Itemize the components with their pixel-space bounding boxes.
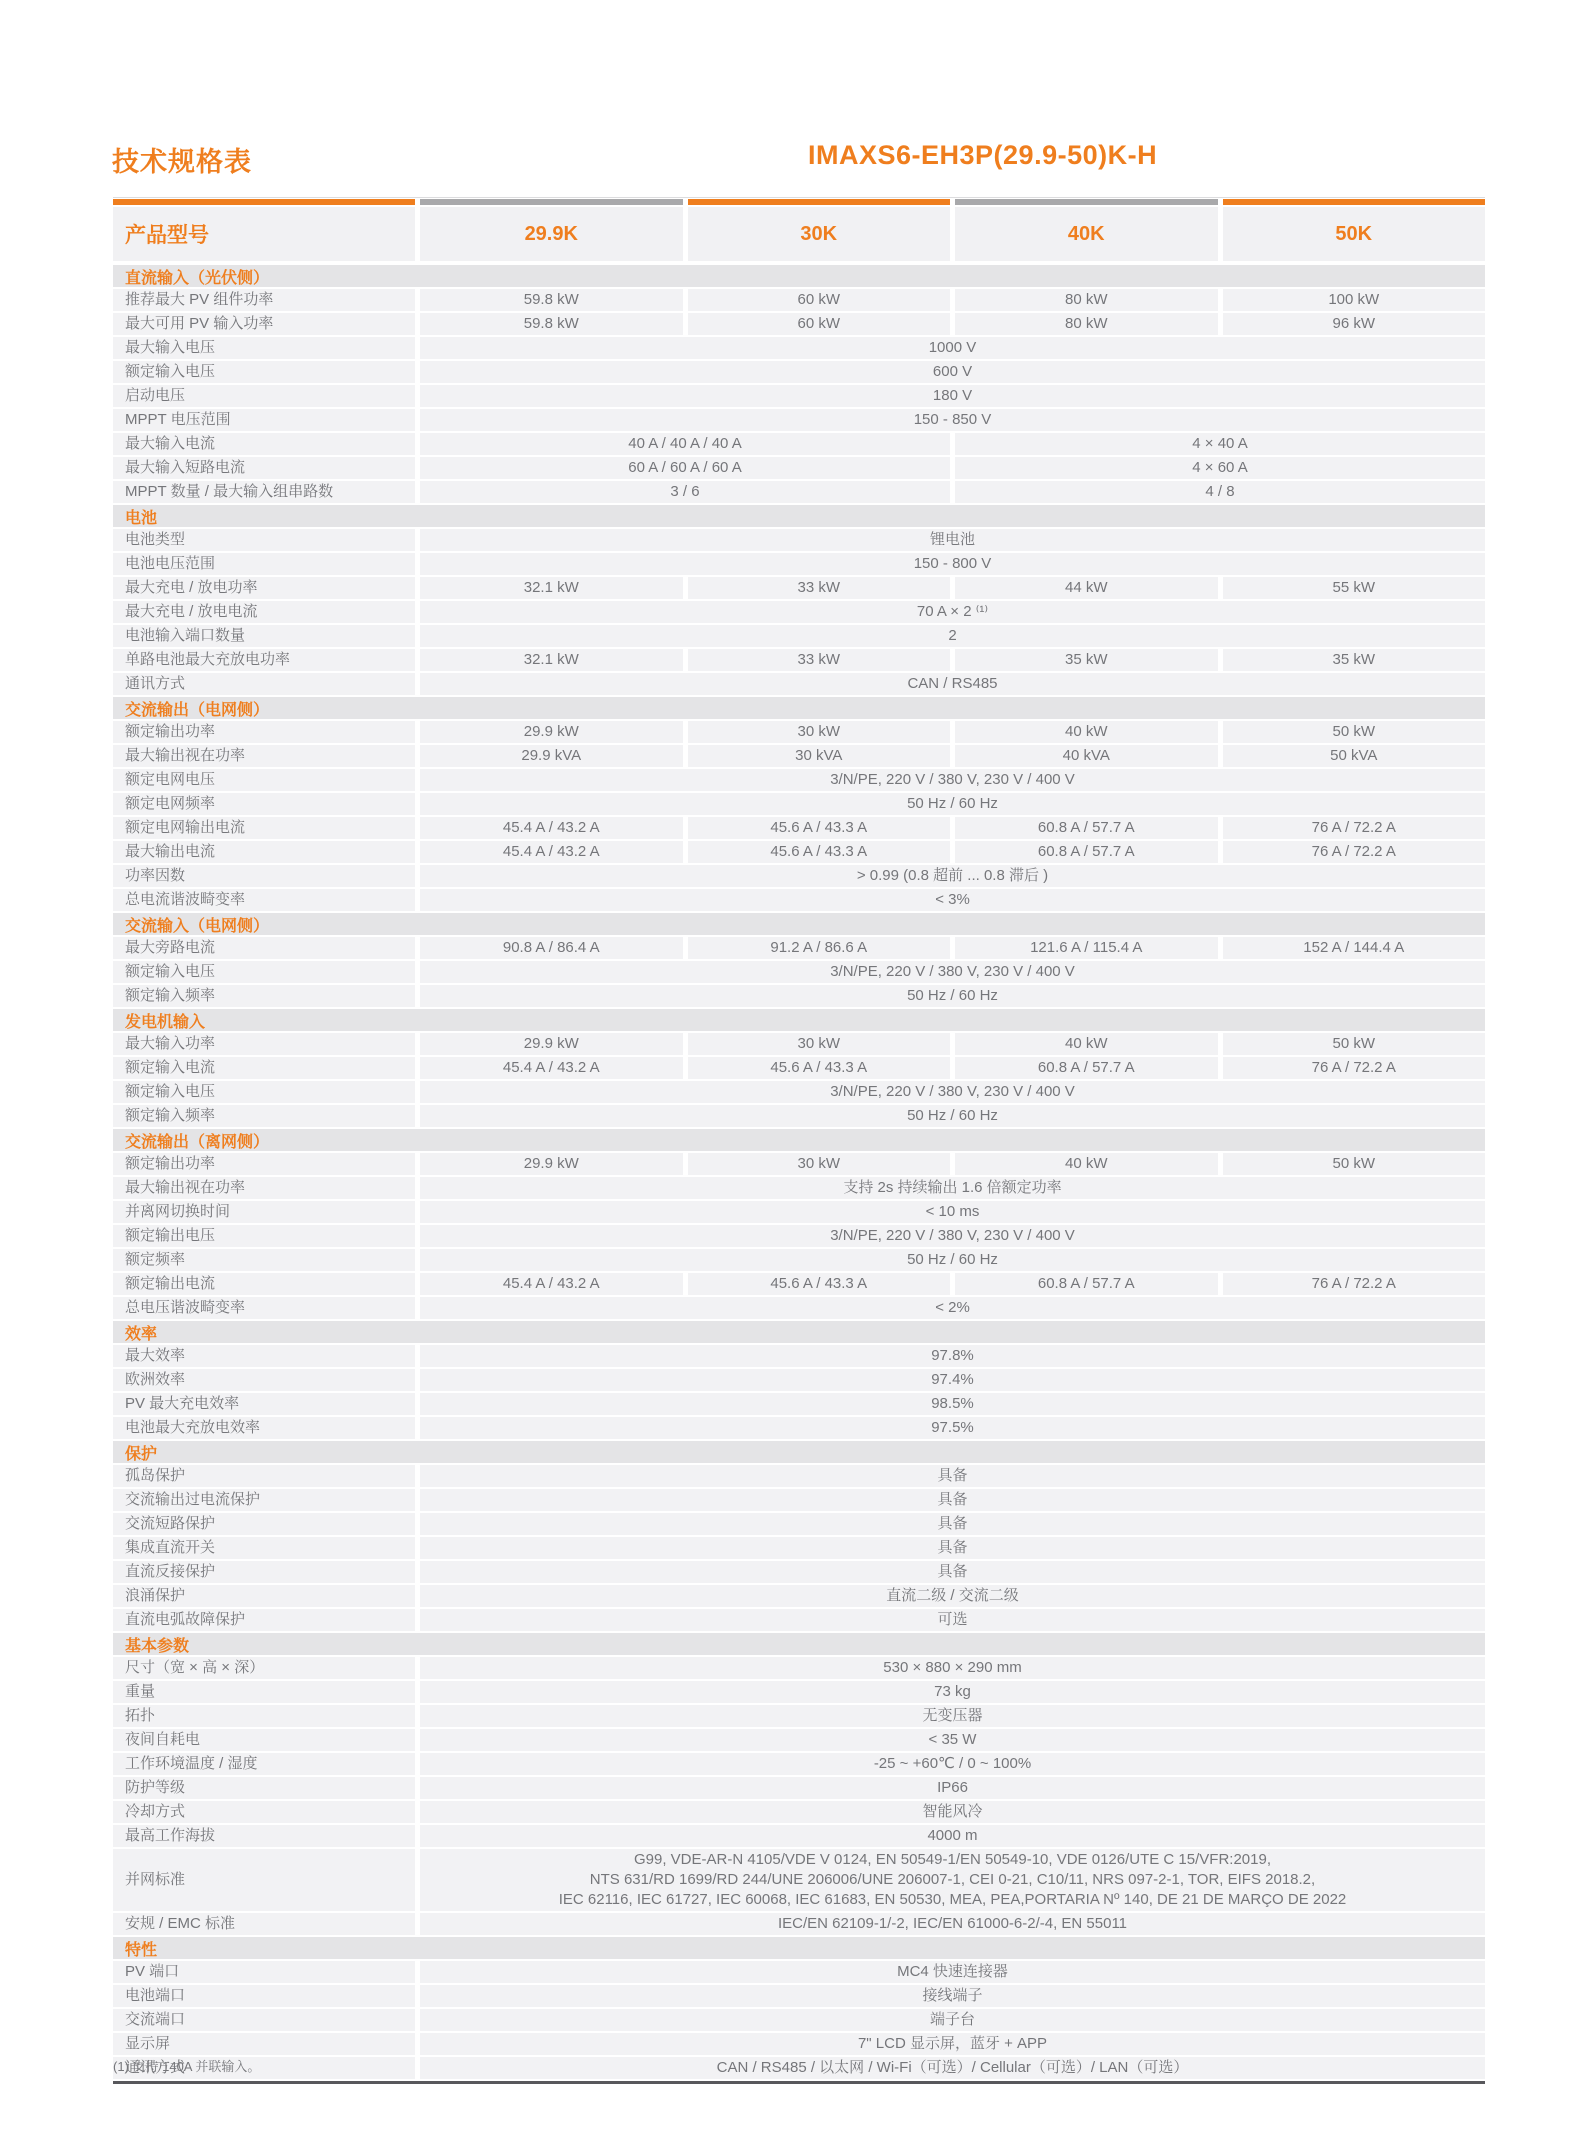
model-column-header: 40K [955,207,1218,261]
top-hairline [113,197,1485,198]
section-header: 交流输入（电网侧） [113,913,1485,935]
spec-value: 98.5% [420,1393,1485,1415]
spec-label: 交流输出过电流保护 [113,1489,415,1511]
spec-label: 最大输出电流 [113,841,415,863]
spec-value: 具备 [420,1561,1485,1583]
spec-value: -25 ~ +60℃ / 0 ~ 100% [420,1753,1485,1775]
spec-value: 50 Hz / 60 Hz [420,793,1485,815]
spec-row: 防护等级IP66 [113,1777,1485,1799]
spec-value: 50 Hz / 60 Hz [420,985,1485,1007]
spec-row: 电池端口接线端子 [113,1985,1485,2007]
spec-row: 额定输出功率29.9 kW30 kW40 kW50 kW [113,721,1485,743]
spec-value: > 0.99 (0.8 超前 ... 0.8 滞后 ) [420,865,1485,887]
spec-value: 3/N/PE, 220 V / 380 V, 230 V / 400 V [420,1225,1485,1247]
spec-row: 推荐最大 PV 组件功率59.8 kW60 kW80 kW100 kW [113,289,1485,311]
spec-value: 3/N/PE, 220 V / 380 V, 230 V / 400 V [420,769,1485,791]
accent-bar-segment [113,199,415,205]
product-model-title: IMAXS6-EH3P(29.9-50)K-H [808,140,1157,171]
spec-value: 600 V [420,361,1485,383]
spec-value: 2 [420,625,1485,647]
spec-row: 最大输入电流40 A / 40 A / 40 A4 × 40 A [113,433,1485,455]
spec-value: 97.4% [420,1369,1485,1391]
spec-value: 29.9 kW [420,1153,683,1175]
spec-value: 35 kW [1223,649,1486,671]
section-header: 特性 [113,1937,1485,1959]
spec-table: 产品型号 29.9K 30K 40K 50K 直流输入（光伏侧）推荐最大 PV … [113,197,1485,2084]
spec-row: 直流电弧故障保护可选 [113,1609,1485,1631]
spec-value: 59.8 kW [420,313,683,335]
spec-label: 通讯方式 [113,673,415,695]
spec-label: 交流端口 [113,2009,415,2031]
spec-label: 额定电网输出电流 [113,817,415,839]
spec-row: 最大效率97.8% [113,1345,1485,1367]
spec-label: 最大旁路电流 [113,937,415,959]
spec-row: 安规 / EMC 标准IEC/EN 62109-1/-2, IEC/EN 610… [113,1913,1485,1935]
spec-row: MPPT 电压范围150 - 850 V [113,409,1485,431]
spec-value: 45.4 A / 43.2 A [420,1273,683,1295]
spec-value: 29.9 kVA [420,745,683,767]
spec-value: 具备 [420,1513,1485,1535]
spec-label: 额定输入电压 [113,361,415,383]
spec-label: 推荐最大 PV 组件功率 [113,289,415,311]
spec-label: 电池输入端口数量 [113,625,415,647]
spec-value: 60.8 A / 57.7 A [955,1273,1218,1295]
spec-label: 重量 [113,1681,415,1703]
accent-bar-segment [420,199,683,205]
spec-row: 最大输入电压1000 V [113,337,1485,359]
spec-value: G99, VDE-AR-N 4105/VDE V 0124, EN 50549-… [420,1849,1485,1911]
spec-value: 33 kW [688,649,951,671]
spec-value: 4000 m [420,1825,1485,1847]
spec-label: 额定电网电压 [113,769,415,791]
spec-label: 电池最大充放电效率 [113,1417,415,1439]
accent-bar-segment [1223,199,1486,205]
spec-label: 欧洲效率 [113,1369,415,1391]
spec-value: 具备 [420,1465,1485,1487]
spec-value: 智能风冷 [420,1801,1485,1823]
spec-row: 最大旁路电流90.8 A / 86.4 A91.2 A / 86.6 A121.… [113,937,1485,959]
spec-value: 45.6 A / 43.3 A [688,1057,951,1079]
spec-label: 电池类型 [113,529,415,551]
spec-row: 通讯方式CAN / RS485 [113,673,1485,695]
spec-row: 额定电网频率50 Hz / 60 Hz [113,793,1485,815]
spec-value: 97.5% [420,1417,1485,1439]
spec-value: < 3% [420,889,1485,911]
spec-label: 额定输出电压 [113,1225,415,1247]
spec-label: PV 最大充电效率 [113,1393,415,1415]
spec-row: 额定输入电压3/N/PE, 220 V / 380 V, 230 V / 400… [113,1081,1485,1103]
spec-row: 尺寸（宽 × 高 × 深）530 × 880 × 290 mm [113,1657,1485,1679]
table-header-label: 产品型号 [113,207,415,261]
spec-value: < 10 ms [420,1201,1485,1223]
spec-row: 额定电网电压3/N/PE, 220 V / 380 V, 230 V / 400… [113,769,1485,791]
spec-row: 最高工作海拔4000 m [113,1825,1485,1847]
spec-row: 电池类型锂电池 [113,529,1485,551]
section-header: 电池 [113,505,1485,527]
spec-value: < 2% [420,1297,1485,1319]
spec-value: 4 × 40 A [955,433,1485,455]
spec-value: 45.4 A / 43.2 A [420,817,683,839]
spec-label: MPPT 数量 / 最大输入组串路数 [113,481,415,503]
model-column-header: 50K [1223,207,1486,261]
spec-row: 通讯方式CAN / RS485 / 以太网 / Wi-Fi（可选）/ Cellu… [113,2057,1485,2079]
spec-value: 76 A / 72.2 A [1223,1273,1486,1295]
spec-value: 30 kW [688,1033,951,1055]
spec-row: 功率因数> 0.99 (0.8 超前 ... 0.8 滞后 ) [113,865,1485,887]
spec-label: 单路电池最大充放电功率 [113,649,415,671]
spec-value: 60.8 A / 57.7 A [955,817,1218,839]
spec-value: 100 kW [1223,289,1486,311]
spec-row: 额定输出电压3/N/PE, 220 V / 380 V, 230 V / 400… [113,1225,1485,1247]
spec-row: 最大输入功率29.9 kW30 kW40 kW50 kW [113,1033,1485,1055]
spec-value: 30 kVA [688,745,951,767]
spec-row: 欧洲效率97.4% [113,1369,1485,1391]
spec-value: 50 kW [1223,721,1486,743]
spec-value: 30 kW [688,721,951,743]
section-header: 保护 [113,1441,1485,1463]
spec-value: 40 kVA [955,745,1218,767]
spec-value: 121.6 A / 115.4 A [955,937,1218,959]
spec-value: 152 A / 144.4 A [1223,937,1486,959]
spec-row: 最大充电 / 放电电流70 A × 2 ⁽¹⁾ [113,601,1485,623]
section-header: 交流输出（电网侧） [113,697,1485,719]
spec-row: 总电流谐波畸变率< 3% [113,889,1485,911]
spec-label: 最大效率 [113,1345,415,1367]
spec-row: PV 最大充电效率98.5% [113,1393,1485,1415]
spec-label: 电池电压范围 [113,553,415,575]
spec-value: 40 A / 40 A / 40 A [420,433,950,455]
spec-value: 可选 [420,1609,1485,1631]
spec-value: 90.8 A / 86.4 A [420,937,683,959]
spec-row: 额定输入电流45.4 A / 43.2 A45.6 A / 43.3 A60.8… [113,1057,1485,1079]
spec-label: 电池端口 [113,1985,415,2007]
section-header: 直流输入（光伏侧） [113,265,1485,287]
spec-label: 并网标准 [113,1849,415,1911]
spec-row: 最大输出视在功率支持 2s 持续输出 1.6 倍额定功率 [113,1177,1485,1199]
spec-value: 无变压器 [420,1705,1485,1727]
spec-row: 最大输出视在功率29.9 kVA30 kVA40 kVA50 kVA [113,745,1485,767]
spec-label: 最大充电 / 放电功率 [113,577,415,599]
spec-label: 直流反接保护 [113,1561,415,1583]
spec-value: 30 kW [688,1153,951,1175]
table-header-row: 产品型号 29.9K 30K 40K 50K [113,207,1485,261]
spec-value: 3/N/PE, 220 V / 380 V, 230 V / 400 V [420,1081,1485,1103]
spec-value: 60 kW [688,289,951,311]
spec-row: 额定输出电流45.4 A / 43.2 A45.6 A / 43.3 A60.8… [113,1273,1485,1295]
spec-label: 总电流谐波畸变率 [113,889,415,911]
spec-row: 额定频率50 Hz / 60 Hz [113,1249,1485,1271]
spec-value: 3/N/PE, 220 V / 380 V, 230 V / 400 V [420,961,1485,983]
spec-label: 最大输出视在功率 [113,1177,415,1199]
spec-label: 功率因数 [113,865,415,887]
spec-row: 直流反接保护具备 [113,1561,1485,1583]
spec-value: 76 A / 72.2 A [1223,841,1486,863]
table-body: 直流输入（光伏侧）推荐最大 PV 组件功率59.8 kW60 kW80 kW10… [113,265,1485,2079]
section-header: 交流输出（离网侧） [113,1129,1485,1151]
spec-row: 最大可用 PV 输入功率59.8 kW60 kW80 kW96 kW [113,313,1485,335]
spec-label: 孤岛保护 [113,1465,415,1487]
spec-row: 并网标准G99, VDE-AR-N 4105/VDE V 0124, EN 50… [113,1849,1485,1911]
spec-label: 最大输入功率 [113,1033,415,1055]
table-bottom-border [113,2081,1485,2084]
spec-value: 32.1 kW [420,577,683,599]
accent-bar-segment [688,199,951,205]
spec-label: 额定输出电流 [113,1273,415,1295]
spec-row: 交流短路保护具备 [113,1513,1485,1535]
spec-value: 530 × 880 × 290 mm [420,1657,1485,1679]
spec-label: PV 端口 [113,1961,415,1983]
spec-label: 启动电压 [113,385,415,407]
spec-row: 最大输出电流45.4 A / 43.2 A45.6 A / 43.3 A60.8… [113,841,1485,863]
spec-row: 交流输出过电流保护具备 [113,1489,1485,1511]
spec-value: 76 A / 72.2 A [1223,817,1486,839]
spec-row: 额定输入电压3/N/PE, 220 V / 380 V, 230 V / 400… [113,961,1485,983]
spec-label: 最大输出视在功率 [113,745,415,767]
spec-label: 额定频率 [113,1249,415,1271]
spec-label: 尺寸（宽 × 高 × 深） [113,1657,415,1679]
spec-value: 97.8% [420,1345,1485,1367]
spec-value: 73 kg [420,1681,1485,1703]
spec-value: 180 V [420,385,1485,407]
spec-row: 浪涌保护直流二级 / 交流二级 [113,1585,1485,1607]
spec-value: 50 kW [1223,1033,1486,1055]
spec-label: 工作环境温度 / 湿度 [113,1753,415,1775]
spec-label: 冷却方式 [113,1801,415,1823]
spec-value: 支持 2s 持续输出 1.6 倍额定功率 [420,1177,1485,1199]
spec-value: 44 kW [955,577,1218,599]
spec-row: PV 端口MC4 快速连接器 [113,1961,1485,1983]
spec-label: 最大输入电流 [113,433,415,455]
spec-value: 具备 [420,1537,1485,1559]
accent-bar-segment [955,199,1218,205]
spec-value: 76 A / 72.2 A [1223,1057,1486,1079]
spec-value: CAN / RS485 [420,673,1485,695]
spec-row: 夜间自耗电< 35 W [113,1729,1485,1751]
spec-row: 额定输入频率50 Hz / 60 Hz [113,1105,1485,1127]
page-title: 技术规格表 [112,140,252,179]
spec-label: 额定输入电压 [113,1081,415,1103]
spec-value: 60 A / 60 A / 60 A [420,457,950,479]
spec-row: 额定电网输出电流45.4 A / 43.2 A45.6 A / 43.3 A60… [113,817,1485,839]
spec-row: 额定输入电压600 V [113,361,1485,383]
spec-value: 59.8 kW [420,289,683,311]
spec-row: 额定输出功率29.9 kW30 kW40 kW50 kW [113,1153,1485,1175]
spec-row: 启动电压180 V [113,385,1485,407]
spec-value: 40 kW [955,1153,1218,1175]
spec-label: 额定输出功率 [113,1153,415,1175]
spec-label: 额定输出功率 [113,721,415,743]
spec-label: 最大输入电压 [113,337,415,359]
spec-value: 50 kVA [1223,745,1486,767]
spec-value: 150 - 850 V [420,409,1485,431]
spec-label: 夜间自耗电 [113,1729,415,1751]
spec-value: 45.4 A / 43.2 A [420,841,683,863]
spec-row: 孤岛保护具备 [113,1465,1485,1487]
spec-value: 96 kW [1223,313,1486,335]
spec-value: 45.4 A / 43.2 A [420,1057,683,1079]
spec-value: 端子台 [420,2009,1485,2031]
spec-value: 32.1 kW [420,649,683,671]
spec-value: 150 - 800 V [420,553,1485,575]
spec-value: 33 kW [688,577,951,599]
spec-label: 显示屏 [113,2033,415,2055]
spec-label: 最大充电 / 放电电流 [113,601,415,623]
spec-value: 45.6 A / 43.3 A [688,841,951,863]
spec-value: 3 / 6 [420,481,950,503]
spec-label: 交流短路保护 [113,1513,415,1535]
spec-value: 55 kW [1223,577,1486,599]
spec-label: 直流电弧故障保护 [113,1609,415,1631]
spec-value: 45.6 A / 43.3 A [688,817,951,839]
spec-row: 单路电池最大充放电功率32.1 kW33 kW35 kW35 kW [113,649,1485,671]
spec-value: 40 kW [955,721,1218,743]
spec-row: 并离网切换时间< 10 ms [113,1201,1485,1223]
spec-row: 电池最大充放电效率97.5% [113,1417,1485,1439]
spec-value: 80 kW [955,313,1218,335]
spec-value: MC4 快速连接器 [420,1961,1485,1983]
spec-value: < 35 W [420,1729,1485,1751]
model-column-header: 29.9K [420,207,683,261]
model-column-header: 30K [688,207,951,261]
spec-value: 7" LCD 显示屏，蓝牙 + APP [420,2033,1485,2055]
spec-row: 集成直流开关具备 [113,1537,1485,1559]
section-header: 发电机输入 [113,1009,1485,1031]
spec-value: 50 Hz / 60 Hz [420,1249,1485,1271]
spec-value: 50 kW [1223,1153,1486,1175]
spec-value: 接线端子 [420,1985,1485,2007]
spec-value: 40 kW [955,1033,1218,1055]
spec-row: 电池输入端口数量2 [113,625,1485,647]
spec-row: 电池电压范围150 - 800 V [113,553,1485,575]
spec-label: 最高工作海拔 [113,1825,415,1847]
spec-value: 91.2 A / 86.6 A [688,937,951,959]
spec-row: 重量73 kg [113,1681,1485,1703]
spec-value: 35 kW [955,649,1218,671]
spec-label: 额定输入电压 [113,961,415,983]
spec-value: 锂电池 [420,529,1485,551]
spec-label: 拓扑 [113,1705,415,1727]
spec-label: 额定输入频率 [113,985,415,1007]
spec-value: 60.8 A / 57.7 A [955,1057,1218,1079]
spec-label: 集成直流开关 [113,1537,415,1559]
spec-value: IP66 [420,1777,1485,1799]
spec-row: 冷却方式智能风冷 [113,1801,1485,1823]
spec-value: 1000 V [420,337,1485,359]
spec-value: 45.6 A / 43.3 A [688,1273,951,1295]
spec-label: 最大输入短路电流 [113,457,415,479]
spec-value: CAN / RS485 / 以太网 / Wi-Fi（可选）/ Cellular（… [420,2057,1485,2079]
footnote: (1) 支持 140A 并联输入。 [113,2056,260,2075]
spec-row: 工作环境温度 / 湿度-25 ~ +60℃ / 0 ~ 100% [113,1753,1485,1775]
spec-label: 防护等级 [113,1777,415,1799]
spec-value: 29.9 kW [420,721,683,743]
spec-row: 总电压谐波畸变率< 2% [113,1297,1485,1319]
spec-value: 50 Hz / 60 Hz [420,1105,1485,1127]
header-accent-bar [113,199,1485,205]
spec-row: 额定输入频率50 Hz / 60 Hz [113,985,1485,1007]
section-header: 效率 [113,1321,1485,1343]
spec-row: 显示屏7" LCD 显示屏，蓝牙 + APP [113,2033,1485,2055]
spec-label: 安规 / EMC 标准 [113,1913,415,1935]
spec-value: 直流二级 / 交流二级 [420,1585,1485,1607]
spec-value: 4 / 8 [955,481,1485,503]
spec-value: 80 kW [955,289,1218,311]
spec-row: 最大充电 / 放电功率32.1 kW33 kW44 kW55 kW [113,577,1485,599]
spec-label: MPPT 电压范围 [113,409,415,431]
spec-row: 交流端口端子台 [113,2009,1485,2031]
spec-value: 29.9 kW [420,1033,683,1055]
spec-value: 60 kW [688,313,951,335]
spec-label: 并离网切换时间 [113,1201,415,1223]
spec-row: 最大输入短路电流60 A / 60 A / 60 A4 × 60 A [113,457,1485,479]
spec-value: 70 A × 2 ⁽¹⁾ [420,601,1485,623]
spec-label: 额定输入频率 [113,1105,415,1127]
spec-label: 最大可用 PV 输入功率 [113,313,415,335]
spec-value: IEC/EN 62109-1/-2, IEC/EN 61000-6-2/-4, … [420,1913,1485,1935]
spec-value: 4 × 60 A [955,457,1485,479]
spec-value: 具备 [420,1489,1485,1511]
spec-label: 额定输入电流 [113,1057,415,1079]
spec-row: 拓扑无变压器 [113,1705,1485,1727]
section-header: 基本参数 [113,1633,1485,1655]
spec-label: 总电压谐波畸变率 [113,1297,415,1319]
spec-label: 浪涌保护 [113,1585,415,1607]
spec-value: 60.8 A / 57.7 A [955,841,1218,863]
spec-row: MPPT 数量 / 最大输入组串路数3 / 64 / 8 [113,481,1485,503]
spec-label: 额定电网频率 [113,793,415,815]
